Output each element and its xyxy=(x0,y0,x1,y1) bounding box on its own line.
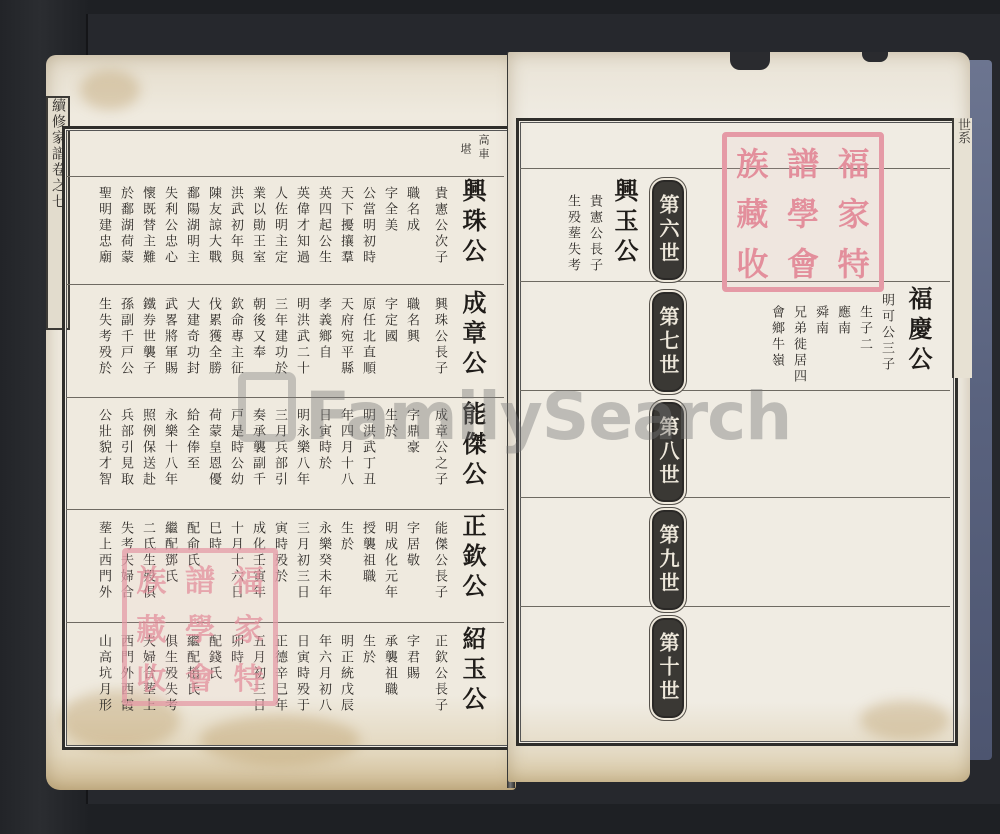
biography-column: 貴憲公長子 xyxy=(588,194,601,274)
biography-column: 於鄱湖荷蒙 xyxy=(119,186,132,266)
biography-column: 貴憲公次子 xyxy=(433,186,446,266)
biography-column: 天下擾攘羣 xyxy=(339,186,352,266)
biography-column: 日寅時殁于 xyxy=(295,634,308,714)
biography-column: 英偉才知過 xyxy=(295,186,308,266)
biography-column: 三月初三日 xyxy=(295,521,308,601)
seal-char: 福 xyxy=(224,553,273,602)
biography-column: 明洪武二十 xyxy=(295,297,308,377)
ancestor-name: 正欽公 xyxy=(460,513,484,603)
biography-column: 字居敬 xyxy=(405,521,418,569)
biography-column: 字君賜 xyxy=(405,634,418,682)
biography-column: 懷既替主難 xyxy=(141,186,154,266)
seal-char: 藏 xyxy=(727,187,778,237)
ancestor-name: 興珠公 xyxy=(460,178,484,268)
biography-column: 承襲祖職 xyxy=(383,634,396,698)
biography-column: 兵部引見取 xyxy=(119,408,132,488)
biography-column: 塟上西門外 xyxy=(97,521,110,601)
familysearch-logo-icon xyxy=(238,372,296,442)
biography-column: 生於 xyxy=(339,521,352,553)
biography-column: 永樂十八年 xyxy=(163,408,176,488)
generation-badge: 第九世 xyxy=(652,510,684,610)
seal-char: 家 xyxy=(224,602,273,651)
seal-char: 收 xyxy=(127,652,176,701)
biography-column: 字定國 xyxy=(383,297,396,345)
generation-badge: 第七世 xyxy=(652,292,684,392)
seal-char: 福 xyxy=(828,137,879,187)
familysearch-watermark: FamilySearch xyxy=(305,378,791,455)
biography-column: 年六月初八 xyxy=(317,634,330,714)
water-stain xyxy=(80,70,140,110)
biography-column: 山高坑月形 xyxy=(97,634,110,714)
biography-column: 照例保送赴 xyxy=(141,408,154,488)
seal-char: 會 xyxy=(778,237,829,287)
biography-column: 天府宛平縣 xyxy=(339,297,352,377)
biography-column: 孫副千戸公 xyxy=(119,297,132,377)
biography-column: 鐵券世襲子 xyxy=(141,297,154,377)
biography-column: 荷蒙皇恩優 xyxy=(207,408,220,488)
biography-column: 舜南 xyxy=(814,305,827,337)
seal-char: 藏 xyxy=(127,602,176,651)
biography-column: 鄱陽湖明主 xyxy=(185,186,198,266)
row-divider xyxy=(520,606,950,607)
seal-char: 譜 xyxy=(778,137,829,187)
seal-char: 族 xyxy=(727,137,778,187)
biography-column: 給全俸至 xyxy=(185,408,198,472)
biography-column: 生失考殁於 xyxy=(97,297,110,377)
biography-column: 原任北直順 xyxy=(361,297,374,377)
row-divider xyxy=(520,497,950,498)
biography-column: 失利公忠心 xyxy=(163,186,176,266)
edge-label: 世系 xyxy=(952,118,972,378)
biography-column: 職名興 xyxy=(405,297,418,345)
biography-column: 英四起公生 xyxy=(317,186,330,266)
biography-column: 洪武初年與 xyxy=(229,186,242,266)
row-divider xyxy=(66,509,504,510)
ancestor-name: 成章公 xyxy=(460,290,484,380)
header-note: 高車 xyxy=(478,134,489,162)
biography-column: 正欽公長子 xyxy=(433,634,446,714)
biography-column: 興珠公長子 xyxy=(433,297,446,377)
biography-column: 生殁塟失考 xyxy=(566,194,579,274)
biography-column: 人佐明主定 xyxy=(273,186,286,266)
torn-edge xyxy=(730,52,770,70)
biography-column: 聖明建忠廟 xyxy=(97,186,110,266)
biography-column: 陳友諒大戰 xyxy=(207,186,220,266)
seal-char: 譜 xyxy=(176,553,225,602)
header-note: 堪 xyxy=(460,143,471,157)
seal-char: 學 xyxy=(778,187,829,237)
biography-column: 孝義鄉自 xyxy=(317,297,330,361)
ancestor-name: 福慶公 xyxy=(906,286,930,376)
biography-column: 武畧將軍賜 xyxy=(163,297,176,377)
biography-column: 明成化元年 xyxy=(383,521,396,601)
row-divider xyxy=(66,176,504,177)
biography-column: 字全美 xyxy=(383,186,396,234)
biography-column: 公當明初時 xyxy=(361,186,374,266)
torn-edge xyxy=(862,52,888,62)
seal-char: 特 xyxy=(224,652,273,701)
biography-column: 明可公三子 xyxy=(880,293,893,373)
biography-column: 職名成 xyxy=(405,186,418,234)
biography-column: 朝後又奉 xyxy=(251,297,264,361)
biography-column: 伐累獲全勝 xyxy=(207,297,220,377)
biography-column: 三年建功於 xyxy=(273,297,286,377)
biography-column: 公壯貌才智 xyxy=(97,408,110,488)
biography-column: 大建奇功封 xyxy=(185,297,198,377)
seal-char: 特 xyxy=(828,237,879,287)
seal-char: 族 xyxy=(127,553,176,602)
row-divider xyxy=(66,284,504,285)
biography-column: 明正統戊辰 xyxy=(339,634,352,714)
seal-char: 會 xyxy=(176,652,225,701)
generation-badge: 第十世 xyxy=(652,618,684,718)
biography-column: 生子二 xyxy=(858,305,871,353)
biography-column: 會鄉牛嶺 xyxy=(770,305,783,369)
seal-char: 家 xyxy=(828,187,879,237)
biography-column: 生於 xyxy=(361,634,374,666)
biography-column: 業以勛王室 xyxy=(251,186,264,266)
generation-badge: 第六世 xyxy=(652,180,684,280)
seal-char: 學 xyxy=(176,602,225,651)
biography-column: 永樂癸未年 xyxy=(317,521,330,601)
ancestor-name: 紹玉公 xyxy=(460,626,484,716)
biography-column: 能傑公長子 xyxy=(433,521,446,601)
collection-seal: 福 家 特 譜 學 會 族 藏 收 xyxy=(122,548,278,706)
collection-seal: 福 家 特 譜 學 會 族 藏 收 xyxy=(722,132,884,292)
seal-char: 收 xyxy=(727,237,778,287)
biography-column: 應南 xyxy=(836,305,849,337)
biography-column: 兄弟徙居四 xyxy=(792,305,805,385)
biography-column: 授襲祖職 xyxy=(361,521,374,585)
ancestor-name: 興玉公 xyxy=(612,178,636,268)
biography-column: 欽命專主征 xyxy=(229,297,242,377)
